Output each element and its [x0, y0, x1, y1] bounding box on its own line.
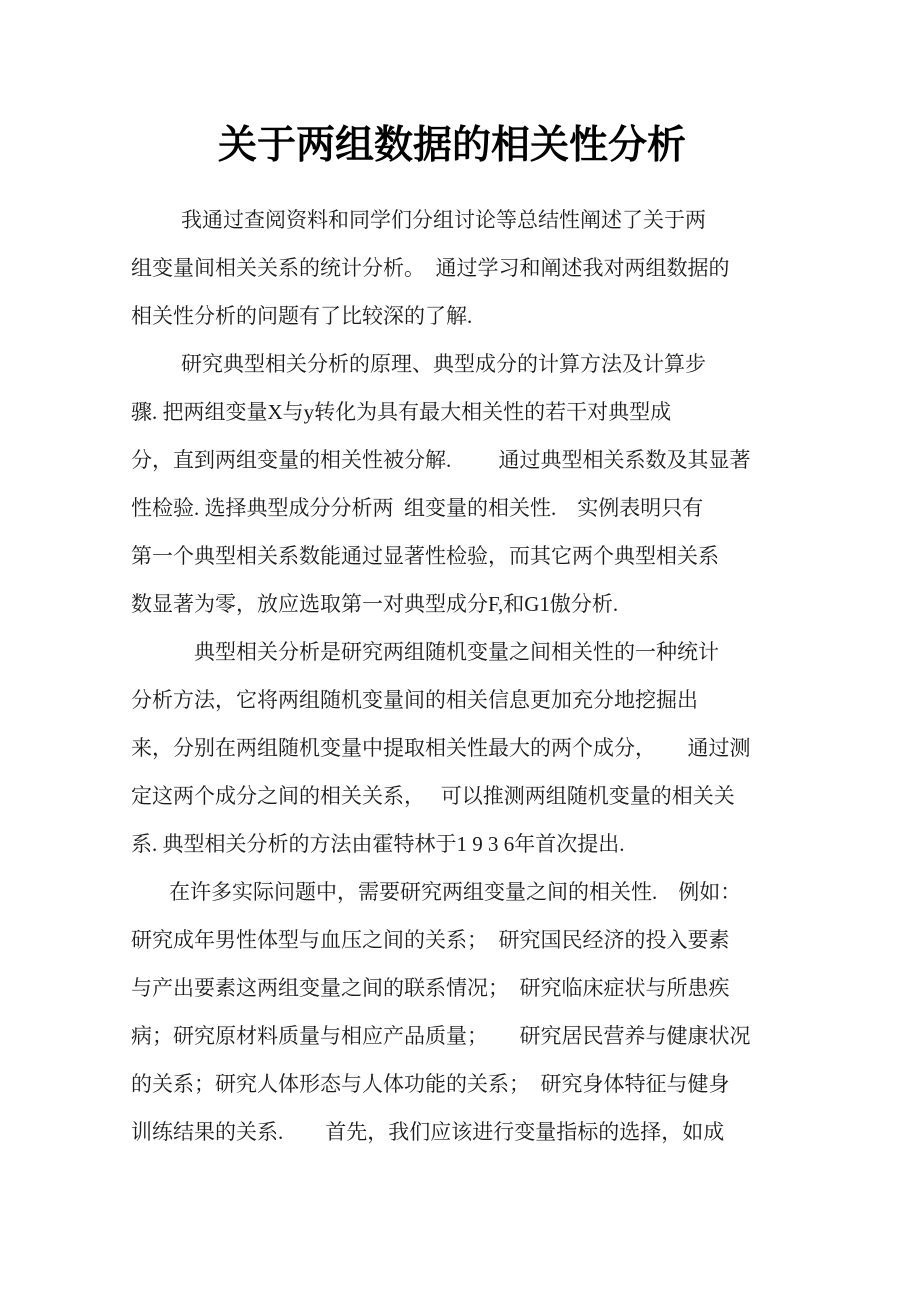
text-line: 在许多实际问题中，需要研究两组变量之间的相关性. 例如： — [131, 868, 773, 916]
text-line: 组变量间相关关系的统计分析。 通过学习和阐述我对两组数据的 — [131, 244, 773, 292]
text-line: 病；研究原材料质量与相应产品质量； 研究居民营养与健康状况 — [131, 1012, 773, 1060]
text-line: 定这两个成分之间的相关关系， 可以推测两组随机变量的相关关 — [131, 772, 773, 820]
text-line: 的关系；研究人体形态与人体功能的关系； 研究身体特征与健身 — [131, 1060, 773, 1108]
text-line: 与产出要素这两组变量之间的联系情况； 研究临床症状与所患疾 — [131, 964, 773, 1012]
text-line: 性检验. 选择典型成分分析两 组变量的相关性. 实例表明只有 — [131, 484, 773, 532]
text-line: 典型相关分析是研究两组随机变量之间相关性的一种统计 — [131, 628, 773, 676]
page-title: 关于两组数据的相关性分析 — [131, 121, 773, 170]
text-line: 研究典型相关分析的原理、典型成分的计算方法及计算步 — [131, 340, 773, 388]
text-line: 分，直到两组变量的相关性被分解. 通过典型相关系数及其显著 — [131, 436, 773, 484]
document-body: 我通过查阅资料和同学们分组讨论等总结性阐述了关于两 组变量间相关关系的统计分析。… — [131, 196, 773, 1156]
text-line: 系. 典型相关分析的方法由霍特林于1 9 3 6年首次提出. — [131, 820, 773, 868]
paragraph: 在许多实际问题中，需要研究两组变量之间的相关性. 例如： 研究成年男性体型与血压… — [131, 868, 773, 1156]
text-line: 分析方法，它将两组随机变量间的相关信息更加充分地挖掘出 — [131, 676, 773, 724]
paragraph: 典型相关分析是研究两组随机变量之间相关性的一种统计 分析方法，它将两组随机变量间… — [131, 628, 773, 868]
paragraph: 我通过查阅资料和同学们分组讨论等总结性阐述了关于两 组变量间相关关系的统计分析。… — [131, 196, 773, 340]
text-line: 来，分别在两组随机变量中提取相关性最大的两个成分， 通过测 — [131, 724, 773, 772]
text-line: 相关性分析的问题有了比较深的了解. — [131, 292, 773, 340]
document-page: 关于两组数据的相关性分析 我通过查阅资料和同学们分组讨论等总结性阐述了关于两 组… — [0, 0, 920, 1301]
text-line: 训练结果的关系. 首先，我们应该进行变量指标的选择，如成 — [131, 1108, 773, 1156]
text-line: 我通过查阅资料和同学们分组讨论等总结性阐述了关于两 — [131, 196, 773, 244]
text-line: 第一个典型相关系数能通过显著性检验，而其它两个典型相关系 — [131, 532, 773, 580]
text-line: 骤. 把两组变量X与y转化为具有最大相关性的若干对典型成 — [131, 388, 773, 436]
paragraph: 研究典型相关分析的原理、典型成分的计算方法及计算步 骤. 把两组变量X与y转化为… — [131, 340, 773, 628]
text-line: 数显著为零，放应选取第一对典型成分F,和G1傲分析. — [131, 580, 773, 628]
document-content: 关于两组数据的相关性分析 我通过查阅资料和同学们分组讨论等总结性阐述了关于两 组… — [131, 121, 773, 1156]
text-line: 研究成年男性体型与血压之间的关系； 研究国民经济的投入要素 — [131, 916, 773, 964]
